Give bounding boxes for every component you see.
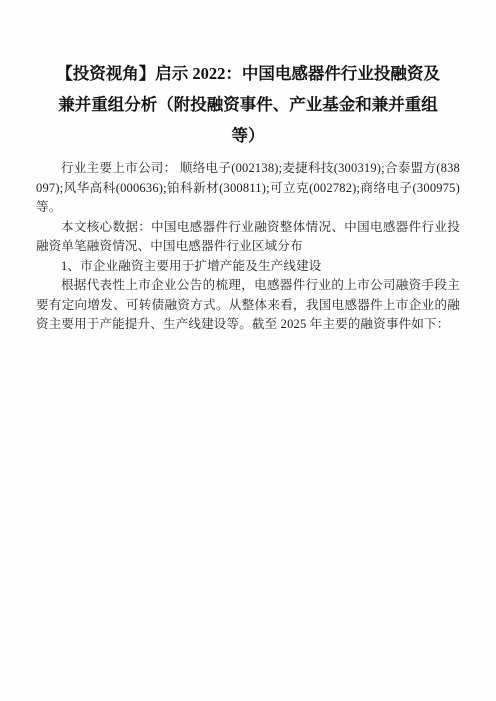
paragraph-financing-analysis: 根据代表性上市企业公告的梳理，电感器件行业的上市公司融资手段主要有定向增发、可转… xyxy=(36,276,460,335)
document-title: 【投资视角】启示 2022：中国电感器件行业投融资及兼并重组分析（附投融资事件、… xyxy=(36,58,460,151)
document-content: 【投资视角】启示 2022：中国电感器件行业投融资及兼并重组分析（附投融资事件、… xyxy=(36,58,460,335)
paragraph-listed-companies: 行业主要上市公司： 顺络电子(002138);麦捷科技(300319);合泰盟方… xyxy=(36,159,460,218)
document-page: 【投资视角】启示 2022：中国电感器件行业投融资及兼并重组分析（附投融资事件、… xyxy=(0,0,496,701)
section-subheading: 1、市企业融资主要用于扩增产能及生产线建设 xyxy=(36,257,460,277)
paragraph-core-data: 本文核心数据：中国电感器件行业融资整体情况、中国电感器件行业投融资单笔融资情况、… xyxy=(36,218,460,257)
